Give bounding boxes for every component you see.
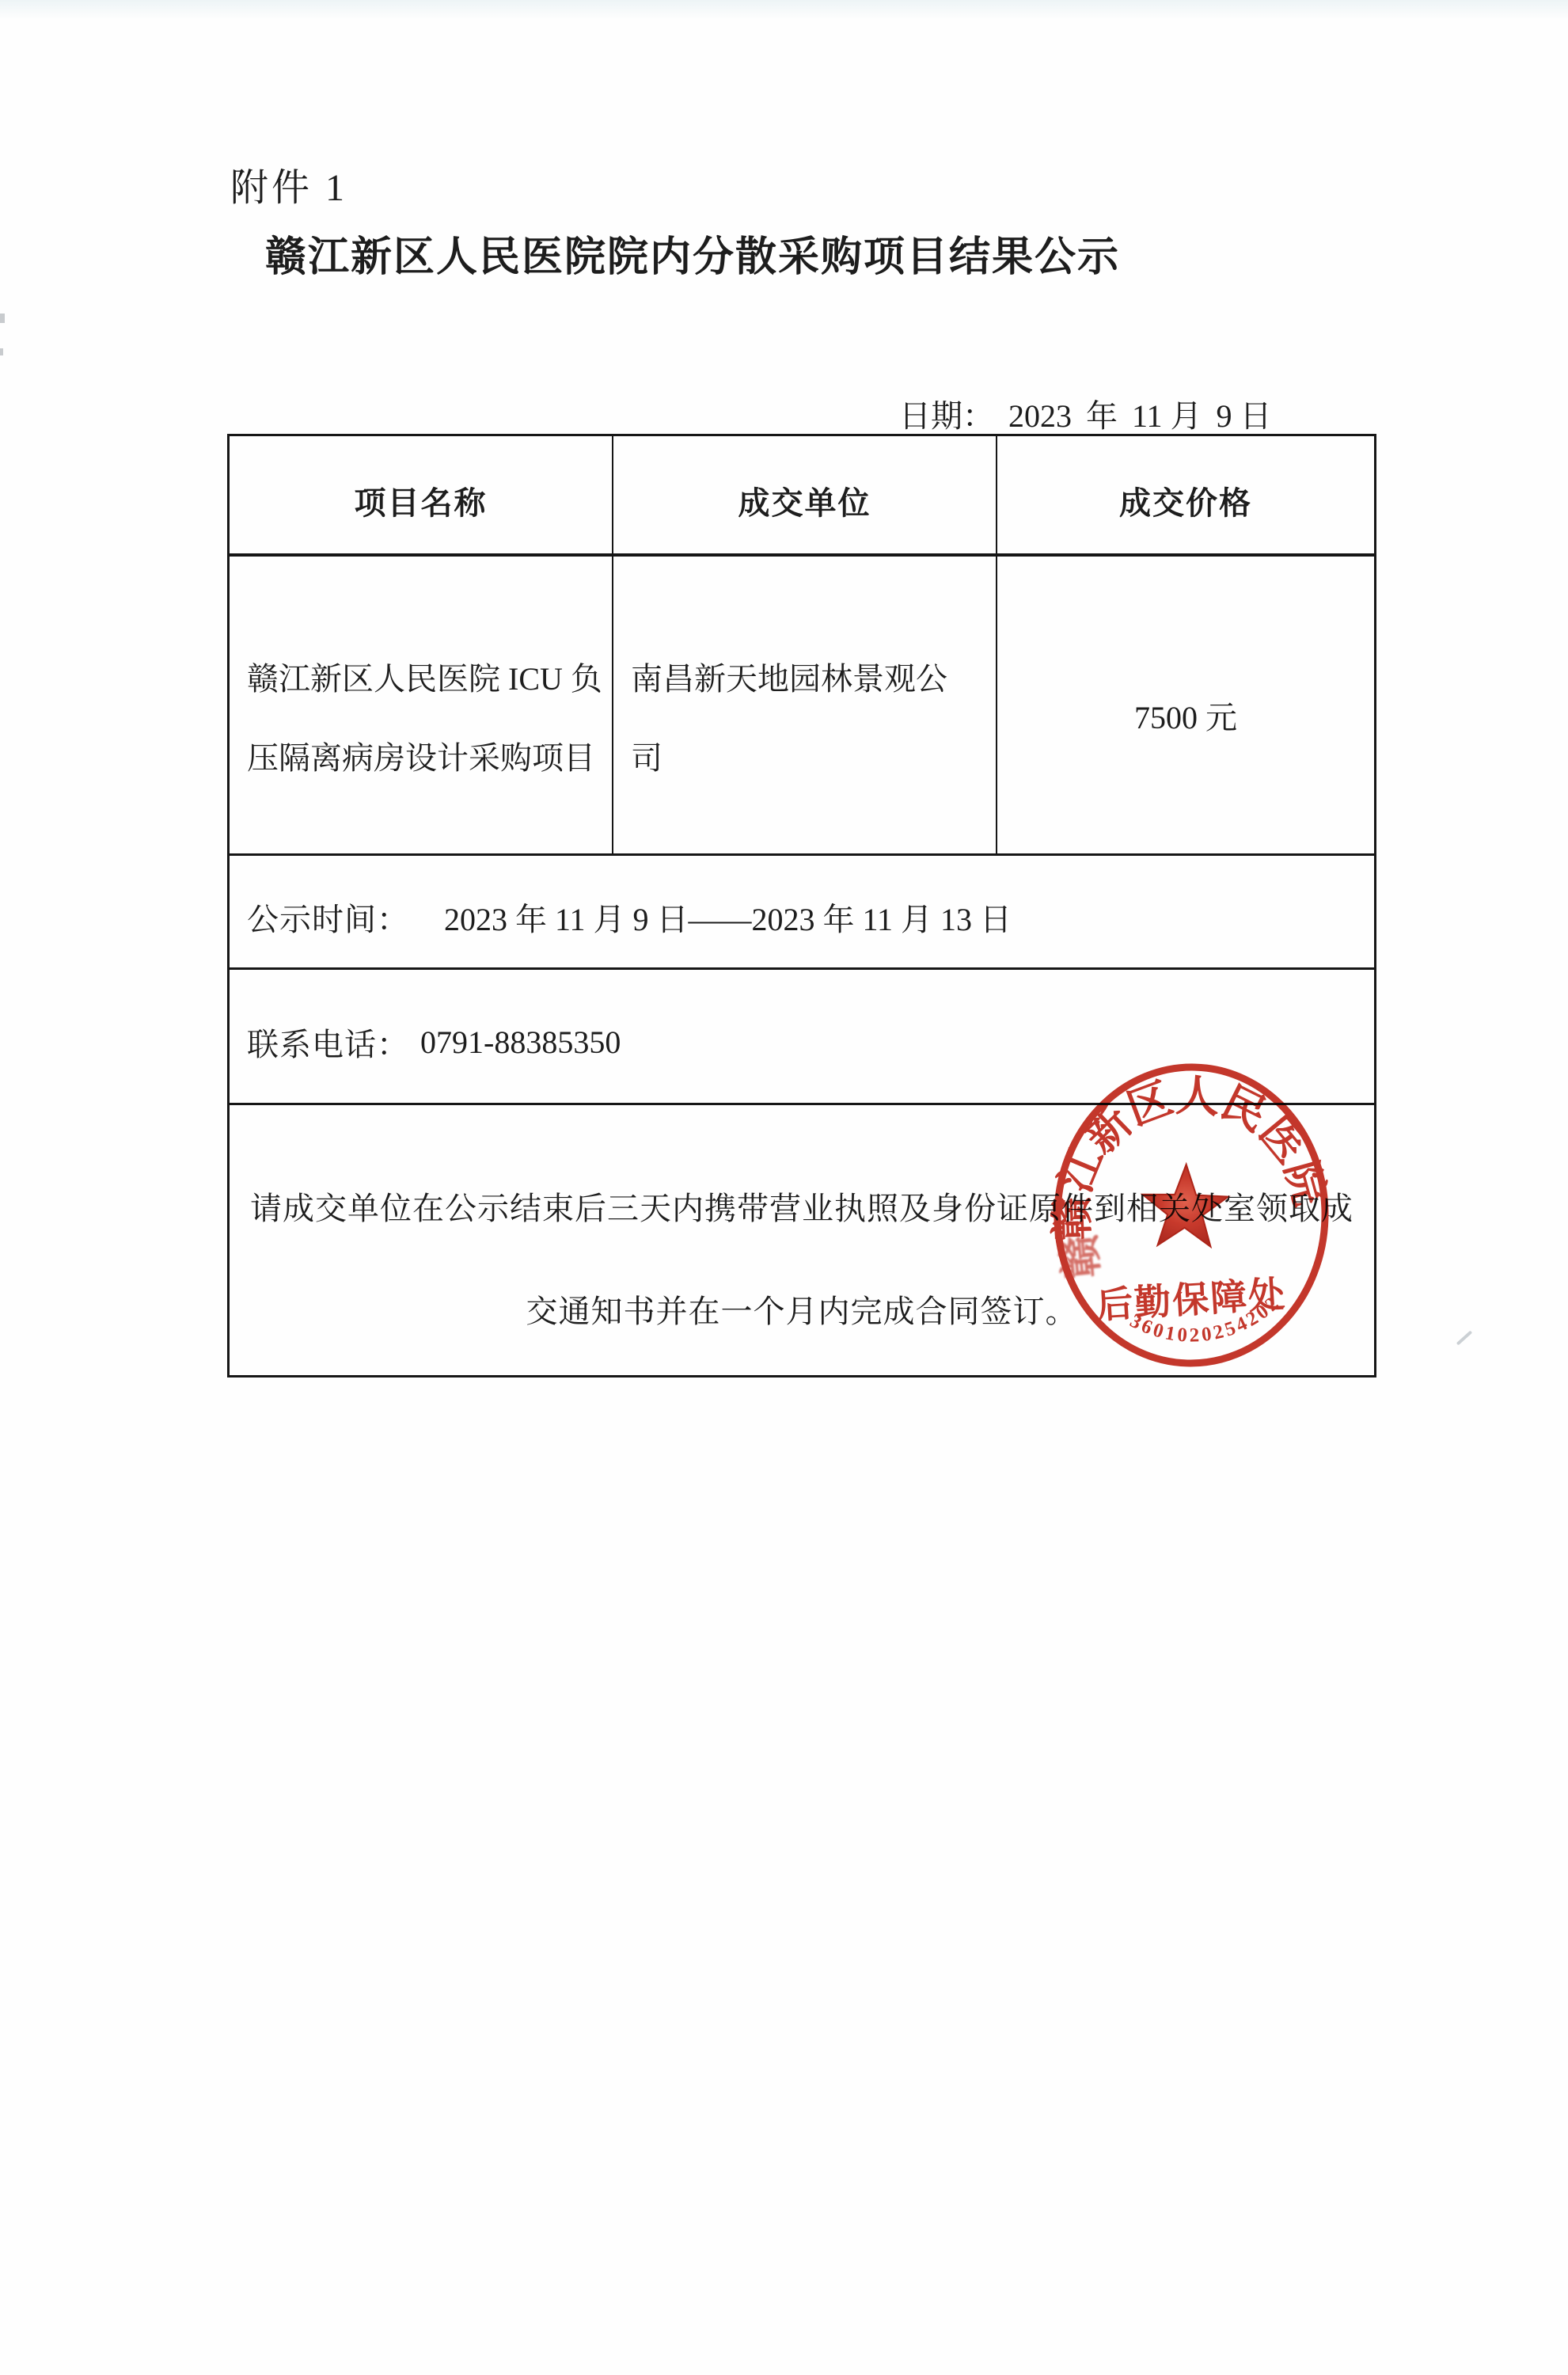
vendor-line1: 南昌新天地园林景观公: [631, 640, 991, 719]
scan-slash-artifact: [1456, 1330, 1473, 1345]
seal-ring-char: 赣: [1048, 1196, 1097, 1241]
project-name-line1: 赣江新区人民医院 ICU 负: [247, 640, 607, 719]
seal-serial-digit: 0: [1176, 1324, 1187, 1347]
col-header-winning-price: 成交价格: [997, 436, 1374, 553]
seal-serial-digit: 1: [1164, 1322, 1177, 1345]
date-label: 日期：: [899, 398, 994, 434]
date-year: 2023: [1008, 397, 1072, 435]
vendor-line2: 司: [631, 719, 991, 798]
date-line: 日期：2023年11 月9 日: [899, 391, 1272, 436]
document-page: 附件 1 赣江新区人民医院院内分散采购项目结果公示 日期：2023年11 月9 …: [0, 0, 1568, 2375]
publicity-period-value: 2023 年 11 月 9 日——2023 年 11 月 13 日: [444, 895, 1012, 940]
attachment-label: 附件 1: [230, 157, 347, 211]
table-header-row: 项目名称 成交单位 成交价格: [230, 436, 1374, 557]
price-cell: 7500 元: [997, 557, 1374, 853]
scan-edge-artifact: [0, 313, 5, 323]
seal-serial-digit: 2: [1189, 1324, 1199, 1346]
date-year-unit: 年: [1086, 391, 1118, 436]
date-day: 9 日: [1217, 391, 1272, 436]
seal-star-icon: [1141, 1163, 1229, 1247]
project-name-cell: 赣江新区人民医院 ICU 负 压隔离病房设计采购项目: [230, 557, 613, 853]
scan-edge-tint: [0, 0, 1568, 22]
seal-serial-digit: 0: [1200, 1324, 1213, 1346]
col-header-winning-vendor: 成交单位: [613, 436, 997, 553]
page-title: 赣江新区人民医院院内分散采购项目结果公示: [190, 223, 1195, 283]
seal-department-label: 后勤保障处: [1095, 1274, 1288, 1326]
date-month: 11 月: [1132, 391, 1202, 436]
vendor-cell: 南昌新天地园林景观公 司: [613, 557, 997, 853]
contact-phone-value: 0791-88385350: [420, 1024, 621, 1061]
publicity-period-label: 公示时间：: [247, 895, 409, 940]
scan-edge-artifact: [0, 348, 3, 355]
project-name-line2: 压隔离病房设计采购项目: [247, 719, 607, 798]
col-header-project-name: 项目名称: [230, 436, 613, 553]
seal-ring-char: 人: [1175, 1071, 1221, 1122]
official-seal: 赣 赣 江 新 区 人 民 医 院 后勤保障处 3 6 0 1 0 2 0 2 …: [1046, 1056, 1336, 1374]
publicity-period-row: 公示时间： 2023 年 11 月 9 日——2023 年 11 月 13 日: [230, 856, 1374, 970]
contact-phone-label: 联系电话：: [247, 1020, 409, 1065]
seal-graphic: 赣 赣 江 新 区 人 民 医 院 后勤保障处 3 6 0 1 0 2 0 2 …: [1046, 1056, 1336, 1374]
table-row: 赣江新区人民医院 ICU 负 压隔离病房设计采购项目 南昌新天地园林景观公 司 …: [230, 557, 1374, 856]
